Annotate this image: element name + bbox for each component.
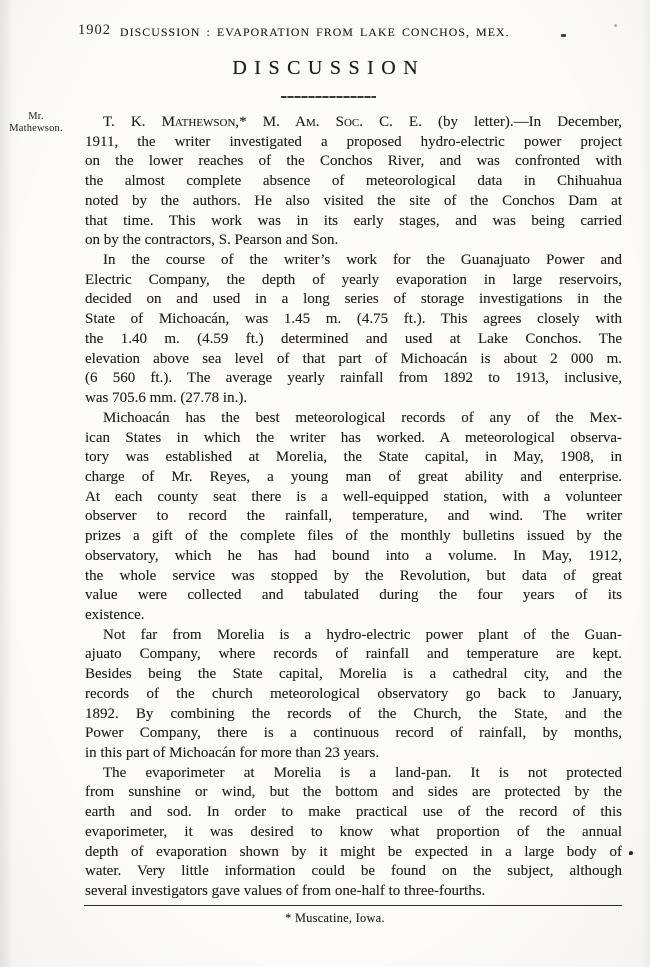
- text-line: decided on and used in a long series of …: [85, 290, 622, 310]
- text-line: T. K. Mathewson,* M. Am. Soc. C. E. (by …: [85, 113, 622, 133]
- text-line: ajuato Company, where records of rainfal…: [85, 645, 622, 665]
- running-title: DISCUSSION : EVAPORATION FROM LAKE CONCH…: [120, 25, 510, 40]
- text-line: (6 560 ft.). The average yearly rainfall…: [85, 369, 622, 389]
- margin-note-line-2: Mathewson.: [3, 123, 69, 135]
- text-line: observer to record the rainfall, tempera…: [85, 507, 622, 527]
- text-line: on by the contractors, S. Pearson and So…: [85, 231, 622, 251]
- text-line: in this part of Michoacán for more than …: [85, 744, 622, 764]
- footnote: * Muscatine, Iowa.: [85, 911, 585, 926]
- scanned-page: 1902 DISCUSSION : EVAPORATION FROM LAKE …: [0, 0, 650, 967]
- text-line: earth and sod. In order to make practica…: [85, 803, 622, 823]
- text-line: ican States in which the writer has work…: [85, 429, 622, 449]
- text-line: charge of Mr. Reyes, a young man of grea…: [85, 468, 622, 488]
- text-line: elevation above sea level of that part o…: [85, 350, 622, 370]
- footnote-rule: [84, 905, 622, 906]
- text-line: Power Company, there is a continuous rec…: [85, 724, 622, 744]
- text-line: existence.: [85, 606, 622, 626]
- text-line: was 705.6 mm. (27.78 in.).: [85, 389, 622, 409]
- text-line: depth of evaporation shown by it might b…: [85, 843, 622, 863]
- text-line: noted by the authors. He also visited th…: [85, 192, 622, 212]
- text-line: evaporimeter, it was desired to know wha…: [85, 823, 622, 843]
- author-smallcaps: T. K. Mathewson,* M. Am. Soc. C. E.: [103, 114, 422, 130]
- print-speck: [561, 34, 566, 37]
- text-line: State of Michoacán, was 1.45 m. (4.75 ft…: [85, 310, 622, 330]
- text-line: 1911, the writer investigated a proposed…: [85, 133, 622, 153]
- text-line: value were collected and tabulated durin…: [85, 586, 622, 606]
- text-line: water. Very little information could be …: [85, 862, 622, 882]
- text-line: Electric Company, the depth of yearly ev…: [85, 271, 622, 291]
- running-head: 1902 DISCUSSION : EVAPORATION FROM LAKE …: [0, 22, 650, 42]
- print-speck: [614, 24, 617, 27]
- text-line: tory was established at Morelia, the Sta…: [85, 448, 622, 468]
- page-number: 1902: [78, 22, 111, 39]
- margin-note: Mr. Mathewson.: [3, 111, 69, 134]
- text-line: 1892. By combining the records of the Ch…: [85, 705, 622, 725]
- text-line: Michoacán has the best meteorological re…: [85, 409, 622, 429]
- text-line: In the course of the writer’s work for t…: [85, 251, 622, 271]
- text-line: prizes a gift of the complete files of t…: [85, 527, 622, 547]
- text-line: the whole service was stopped by the Rev…: [85, 567, 622, 587]
- text-line: on the lower reaches of the Conchos Rive…: [85, 152, 622, 172]
- body-text: T. K. Mathewson,* M. Am. Soc. C. E. (by …: [85, 113, 622, 902]
- text-line: The evaporimeter at Morelia is a land-pa…: [85, 764, 622, 784]
- line-text: (by letter).—In December,: [422, 114, 622, 130]
- text-line: the 1.40 m. (4.59 ft.) determined and us…: [85, 330, 622, 350]
- section-heading: DISCUSSION: [0, 57, 650, 80]
- text-line: Not far from Morelia is a hydro-electric…: [85, 626, 622, 646]
- text-line: from sunshine or wind, but the bottom an…: [85, 783, 622, 803]
- text-line: At each county seat there is a well-equi…: [85, 488, 622, 508]
- heading-rule: [281, 96, 376, 98]
- margin-note-line-1: Mr.: [3, 111, 69, 123]
- text-line: Besides being the State capital, Morelia…: [85, 665, 622, 685]
- text-line: the almost complete absence of meteorolo…: [85, 172, 622, 192]
- text-line: observatory, which he has had bound into…: [85, 547, 622, 567]
- text-line: that time. This work was in its early st…: [85, 212, 622, 232]
- print-speck: [629, 851, 633, 855]
- text-line: records of the church meteorological obs…: [85, 685, 622, 705]
- text-line: several investigators gave values of fro…: [85, 882, 622, 902]
